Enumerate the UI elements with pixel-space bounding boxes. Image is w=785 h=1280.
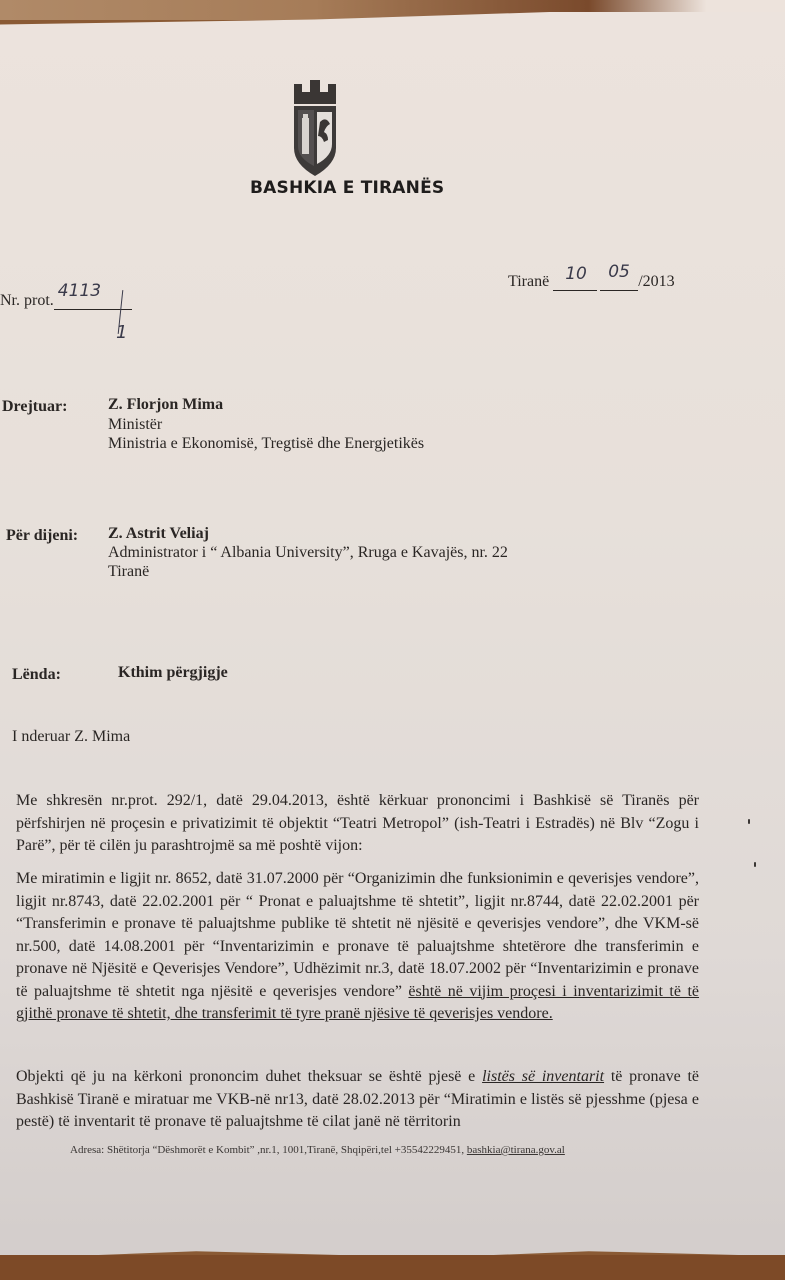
- date-month-field: 05: [600, 272, 638, 291]
- cc-name: Z. Astrit Veliaj: [108, 525, 209, 543]
- protocol-label: Nr. prot.: [0, 292, 54, 309]
- cc-title: Administrator i “ Albania University”, R…: [108, 544, 508, 562]
- document-date: Tiranë 1005/2013: [508, 272, 675, 291]
- paragraph-3-emphasis: listës së inventarit: [482, 1068, 604, 1085]
- footer-address-text: Adresa: Shëtitorja “Dëshmorët e Kombit” …: [70, 1144, 467, 1156]
- paragraph-3-start: Objekti që ju na kërkoni prononcim duhet…: [16, 1068, 482, 1085]
- addressee-institution: Ministria e Ekonomisë, Tregtisë dhe Ener…: [108, 435, 424, 453]
- salutation: I nderuar Z. Mima: [12, 728, 130, 746]
- addressee-label: Drejtuar:: [2, 398, 67, 416]
- tirana-coat-of-arms-icon: [290, 78, 340, 178]
- body-paragraph-1: Me shkresën nr.prot. 292/1, datë 29.04.2…: [16, 790, 699, 858]
- city-label: Tiranë: [508, 273, 549, 290]
- organization-name: BASHKIA E TIRANËS: [250, 178, 444, 198]
- margin-mark: [754, 862, 756, 867]
- addressee-title: Ministër: [108, 416, 162, 434]
- addressee-name: Z. Florjon Mima: [108, 396, 223, 414]
- cc-city: Tiranë: [108, 563, 149, 581]
- subject-value: Kthim përgjigje: [118, 664, 228, 682]
- desk-background-bottom: [0, 1255, 785, 1280]
- footer-email-link[interactable]: bashkia@tirana.gov.al: [467, 1144, 565, 1156]
- protocol-number: Nr. prot.4113: [0, 289, 132, 310]
- margin-mark: [748, 819, 750, 824]
- protocol-number-handwritten: 4113: [58, 281, 101, 301]
- paragraph-2-text: Me miratimin e ligjit nr. 8652, datë 31.…: [16, 870, 699, 1000]
- date-day-handwritten: 10: [565, 264, 587, 284]
- body-paragraph-3: Objekti që ju na kërkoni prononcim duhet…: [16, 1066, 699, 1134]
- date-day-field: 10: [553, 272, 597, 291]
- date-month-handwritten: 05: [608, 262, 630, 282]
- date-year: /2013: [638, 273, 674, 290]
- cc-label: Për dijeni:: [6, 527, 78, 545]
- subject-label: Lënda:: [12, 666, 61, 684]
- body-paragraph-2: Me miratimin e ligjit nr. 8652, datë 31.…: [16, 868, 699, 1026]
- footer-address: Adresa: Shëtitorja “Dëshmorët e Kombit” …: [70, 1144, 565, 1156]
